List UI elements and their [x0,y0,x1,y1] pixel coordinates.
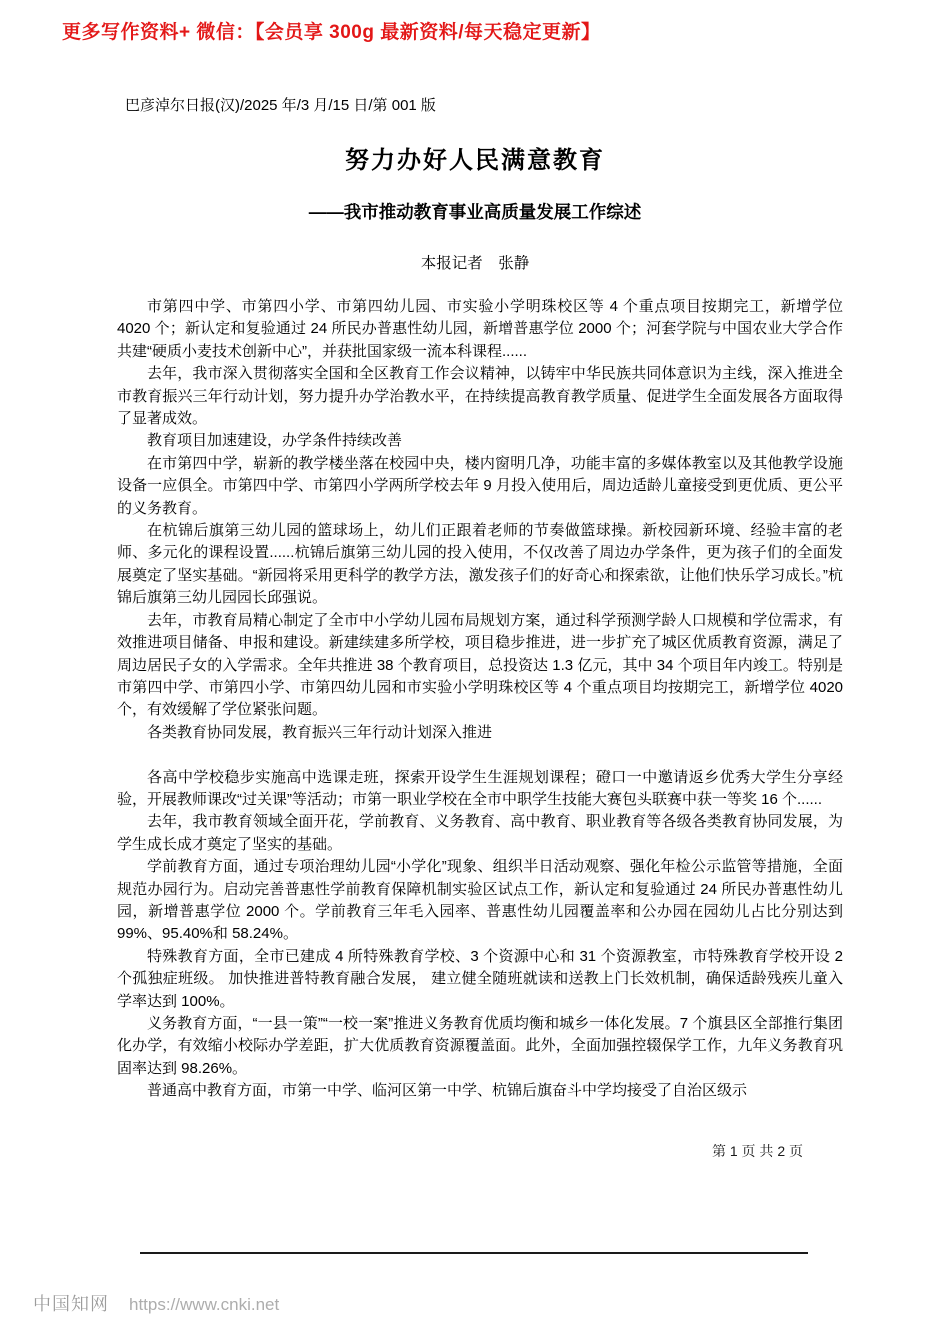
paragraph: 特殊教育方面，全市已建成 4 所特殊教育学校、3 个资源中心和 31 个资源教室… [117,946,843,1013]
paragraph: 各高中学校稳步实施高中选课走班，探索开设学生生涯规划课程；磴口一中邀请返乡优秀大… [117,767,843,812]
footer-divider [140,1252,808,1254]
blank-line [117,744,843,766]
page-indicator: 第 1 页 共 2 页 [117,1141,803,1161]
cnki-brand-text: 中国知网 [33,1290,109,1316]
byline: 本报记者 张静 [0,251,950,273]
paragraph: 普通高中教育方面，市第一中学、临河区第一中学、杭锦后旗奋斗中学均接受了自治区级示 [117,1080,843,1102]
paragraph: 学前教育方面，通过专项治理幼儿园“小学化”现象、组织半日活动观察、强化年检公示监… [117,856,843,946]
paragraph: 在市第四中学，崭新的教学楼坐落在校园中央，楼内窗明几净，功能丰富的多媒体教室以及… [117,453,843,520]
cnki-footer: 中国知网 https://www.cnki.net [33,1290,279,1316]
article-title: 努力办好人民满意教育 [0,140,950,175]
source-line: 巴彦淖尔日报(汉)/2025 年/3 月/15 日/第 001 版 [125,94,436,115]
paragraph: 去年，我市教育领域全面开花，学前教育、义务教育、高中教育、职业教育等各级各类教育… [117,811,843,856]
document-page: 更多写作资料+ 微信：【会员享 300g 最新资料/每天稳定更新】 巴彦淖尔日报… [0,0,950,1344]
section-subhead: 教育项目加速建设，办学条件持续改善 [117,430,843,452]
promo-banner: 更多写作资料+ 微信：【会员享 300g 最新资料/每天稳定更新】 [62,17,601,44]
paragraph: 市第四中学、市第四小学、市第四幼儿园、市实验小学明珠校区等 4 个重点项目按期完… [117,296,843,363]
paragraph: 在杭锦后旗第三幼儿园的篮球场上，幼儿们正跟着老师的节奏做篮球操。新校园新环境、经… [117,520,843,610]
article-subtitle: ——我市推动教育事业高质量发展工作综述 [0,199,950,224]
paragraph: 去年，我市深入贯彻落实全国和全区教育工作会议精神，以铸牢中华民族共同体意识为主线… [117,363,843,430]
article-body: 市第四中学、市第四小学、市第四幼儿园、市实验小学明珠校区等 4 个重点项目按期完… [117,296,843,1103]
section-subhead: 各类教育协同发展，教育振兴三年行动计划深入推进 [117,722,843,744]
paragraph: 义务教育方面，“一县一策”“一校一案”推进义务教育优质均衡和城乡一体化发展。7 … [117,1013,843,1080]
cnki-url: https://www.cnki.net [129,1295,279,1315]
paragraph: 去年，市教育局精心制定了全市中小学幼儿园布局规划方案，通过科学预测学龄人口规模和… [117,610,843,722]
